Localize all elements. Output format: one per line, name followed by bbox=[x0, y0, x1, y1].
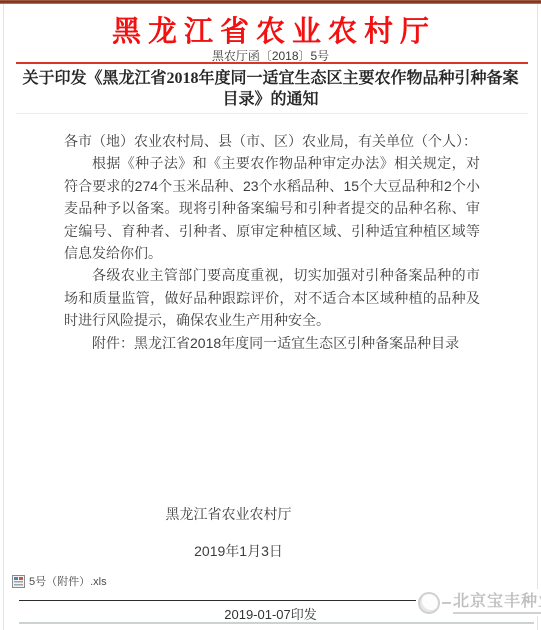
attachment-file-link[interactable]: 5号（附件）.xls bbox=[29, 573, 107, 589]
red-divider bbox=[16, 62, 528, 64]
document-page: 黑龙江省农业农村厅 黑农厅函〔2018〕5号 关于印发《黑龙江省2018年度同一… bbox=[0, 0, 541, 630]
document-title: 关于印发《黑龙江省2018年度同一适宜生态区主要农作物品种引种备案目录》的通知 bbox=[20, 68, 521, 110]
bottom-divider bbox=[19, 622, 534, 624]
signature-date: 2019年1月3日 bbox=[4, 541, 473, 561]
document-body: 各市（地）农业农村局、县（市、区）农业局，有关单位（个人）： 根据《种子法》和《… bbox=[64, 130, 480, 354]
attachment-note: 附件：黑龙江省2018年度同一适宜生态区引种备案品种目录 bbox=[64, 332, 480, 354]
paragraph-2: 各级农业主管部门要高度重视，切实加强对引种备案品种的市场和质量监管，做好品种跟踪… bbox=[64, 264, 480, 331]
paragraph-1: 根据《种子法》和《主要农作物品种审定办法》相关规定，对符合要求的274个玉米品种… bbox=[64, 152, 480, 264]
title-divider bbox=[16, 113, 528, 114]
document-body-panel: 黑龙江省农业农村厅 黑农厅函〔2018〕5号 关于印发《黑龙江省2018年度同一… bbox=[3, 4, 538, 630]
org-title: 黑龙江省农业农村厅 bbox=[4, 9, 537, 50]
xls-file-icon bbox=[12, 575, 25, 588]
watermark-text: 北京宝丰种业 bbox=[453, 592, 541, 614]
publisher-logo-icon bbox=[418, 592, 440, 614]
publisher-watermark: 北京宝丰种业 bbox=[416, 589, 541, 616]
watermark-dash bbox=[442, 602, 451, 604]
salutation: 各市（地）农业农村局、县（市、区）农业局，有关单位（个人）： bbox=[64, 130, 480, 152]
signature-org: 黑龙江省农业农村厅 bbox=[4, 504, 453, 524]
attachment-file-row: 5号（附件）.xls bbox=[12, 573, 107, 589]
